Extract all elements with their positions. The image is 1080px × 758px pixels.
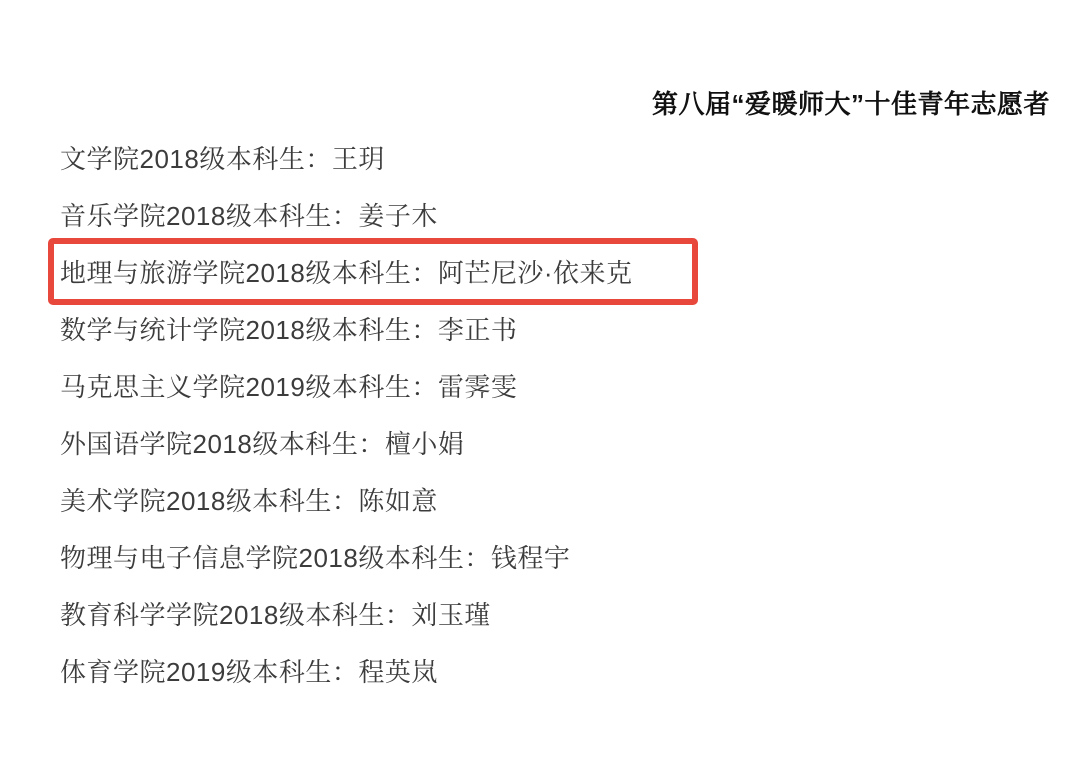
list-item-text: 数学与统计学院2018级本科生：李正书: [60, 310, 517, 347]
list-item: 美术学院2018级本科生：陈如意: [0, 471, 1080, 528]
document-page: 第八届“爱暖师大”十佳青年志愿者 文学院2018级本科生：王玥 音乐学院2018…: [0, 0, 1080, 758]
list-item-text: 马克思主义学院2019级本科生：雷霁雯: [60, 367, 517, 404]
red-highlight-box: 地理与旅游学院2018级本科生：阿芒尼沙·依来克: [48, 238, 698, 305]
list-item: 外国语学院2018级本科生：檀小娟: [0, 414, 1080, 471]
list-item-text: 地理与旅游学院2018级本科生：阿芒尼沙·依来克: [60, 253, 633, 290]
list-item: 音乐学院2018级本科生：姜子木: [0, 186, 1080, 243]
list-item-text: 外国语学院2018级本科生：檀小娟: [60, 424, 464, 461]
list-item-highlighted: 地理与旅游学院2018级本科生：阿芒尼沙·依来克: [0, 243, 1080, 300]
page-title: 第八届“爱暖师大”十佳青年志愿者: [652, 84, 1050, 121]
list-item: 马克思主义学院2019级本科生：雷霁雯: [0, 357, 1080, 414]
list-item: 教育科学学院2018级本科生：刘玉瑾: [0, 585, 1080, 642]
list-item-text: 文学院2018级本科生：王玥: [60, 139, 385, 176]
list-item-text: 美术学院2018级本科生：陈如意: [60, 481, 438, 518]
list-item-text: 教育科学学院2018级本科生：刘玉瑾: [60, 595, 491, 632]
list-item-text: 体育学院2019级本科生：程英岚: [60, 652, 438, 689]
list-item-text: 物理与电子信息学院2018级本科生：钱程宇: [60, 538, 570, 575]
list-item: 文学院2018级本科生：王玥: [0, 129, 1080, 186]
list-item: 物理与电子信息学院2018级本科生：钱程宇: [0, 528, 1080, 585]
list-item: 体育学院2019级本科生：程英岚: [0, 642, 1080, 699]
list-item: 数学与统计学院2018级本科生：李正书: [0, 300, 1080, 357]
award-list: 文学院2018级本科生：王玥 音乐学院2018级本科生：姜子木 地理与旅游学院2…: [0, 129, 1080, 699]
list-item-text: 音乐学院2018级本科生：姜子木: [60, 196, 438, 233]
